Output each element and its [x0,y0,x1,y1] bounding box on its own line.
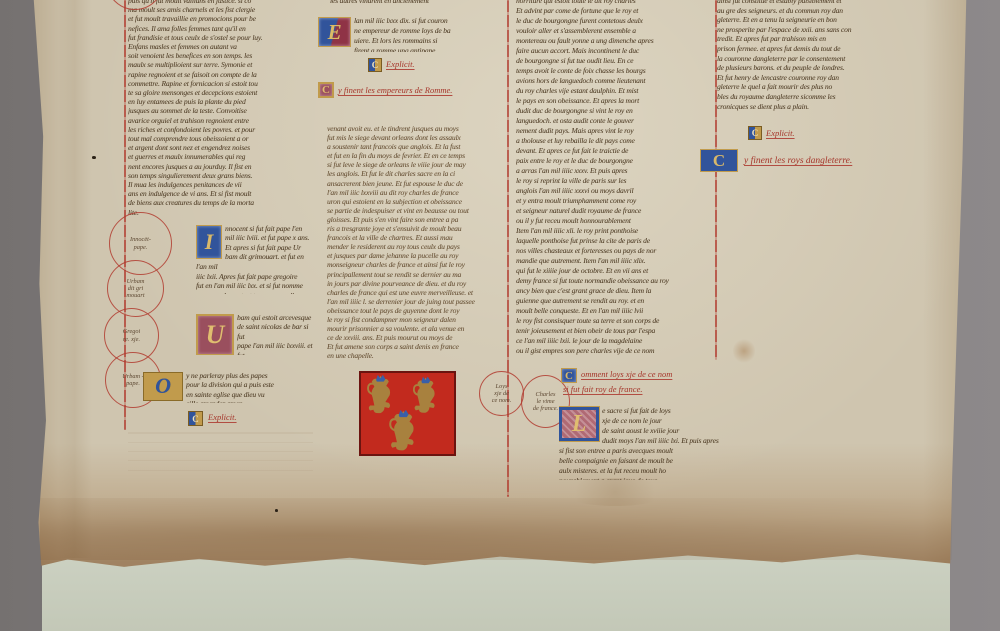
ink-speck [92,156,96,159]
rubric-initial-C: C [318,82,334,98]
blank-ruled-lines [128,424,313,476]
illuminated-initial-L: L [559,407,599,441]
illuminated-initial-O: O [143,372,183,401]
col1-papes-close-paragraph: Oy ne parleray plus des papes pour la di… [143,361,315,403]
ink-speck [275,509,278,512]
col2-coronation-paragraph: Elan mil iiic lxxx dix. si fut couron ne… [318,6,508,52]
col4-explicit-rubric: Explicit. [766,128,795,138]
col2-finent-rubric: y finent les empereurs de Romme. [338,85,452,95]
col4-text-block: ainsi fut constitue et estably paisiblem… [717,0,961,114]
paragraph-mark-initial: C [368,58,382,72]
col4-finent-rubric: y finent les roys dangleterre. [744,156,852,166]
col1-explicit-rubric: Explicit. [208,412,237,422]
manuscript-photo: puis qu'il fut moult vaillans en justice… [0,0,1000,631]
col1-text-block: puis qu'il fut moult vaillans en justice… [128,0,316,218]
col3-text-block: norriture qui estoit toute le dit roy ch… [516,0,718,358]
coat-of-arms [359,371,456,461]
col1-innocent-paragraph: Innocent si fut fait pape l'en mil iiic … [196,214,316,294]
illuminated-initial-E: E [318,17,351,47]
paragraph-mark-initial: C [748,126,762,140]
backing-sheet [42,552,950,631]
col3-comment-rubric-line1: omment loys xje de ce nom [581,369,672,379]
rubric-initial-C: C [561,368,577,383]
col3-sacre-paragraph: Le sacre si fut fait de loys xje de ce n… [559,396,721,480]
col2-text-block: venant avoit eu. et le tindrent jusques … [327,124,509,362]
col2-explicit-rubric: Explicit. [386,59,415,69]
illuminated-initial-I: I [196,225,222,259]
rubric-initial-C: C [700,149,738,172]
paragraph-mark-initial: C [188,411,203,426]
col1-urbain-paragraph: Ubam qui estoit arcevesque de saint nico… [196,303,316,355]
col2-partial-top-line: les autres vindrent en ancienement [330,0,510,5]
circle-loys-xi: Loys xje de ce nom. [479,371,524,416]
col3-comment-rubric-line2: si fut fait roy de france. [563,384,642,394]
illuminated-initial-U: U [196,314,234,355]
